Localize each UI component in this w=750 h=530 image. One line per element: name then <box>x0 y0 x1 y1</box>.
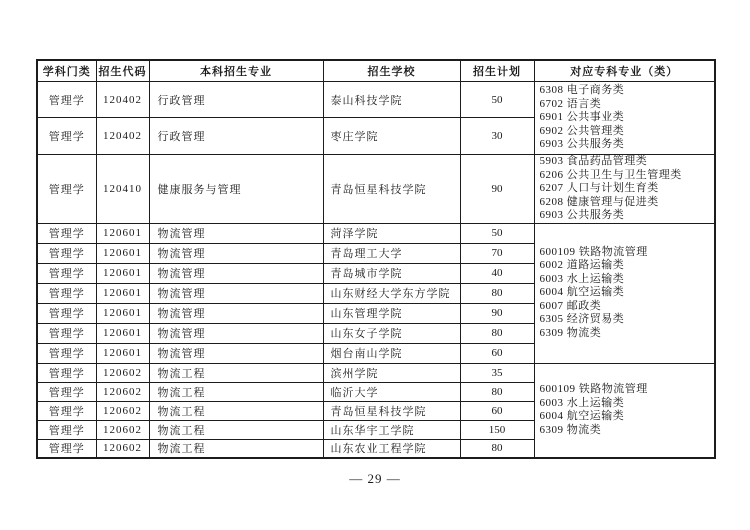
cell-category: 管理学 <box>37 82 96 118</box>
cell-plan: 30 <box>460 118 534 155</box>
cell-plan: 50 <box>460 82 534 118</box>
cell-category: 管理学 <box>37 118 96 155</box>
specialty-line: 6309 物流类 <box>540 327 715 341</box>
specialty-line: 6305 经济贸易类 <box>540 313 715 327</box>
cell-major: 物流工程 <box>149 401 323 420</box>
specialty-line: 6903 公共服务类 <box>540 138 715 152</box>
specialty-line: 6003 水上运输类 <box>540 397 715 411</box>
cell-school: 山东女子学院 <box>323 323 460 343</box>
cell-school: 山东农业工程学院 <box>323 439 460 458</box>
cell-major: 物流管理 <box>149 323 323 343</box>
cell-plan: 90 <box>460 303 534 323</box>
cell-plan: 150 <box>460 420 534 439</box>
cell-plan: 80 <box>460 283 534 303</box>
cell-category: 管理学 <box>37 155 96 224</box>
cell-code: 120602 <box>96 401 149 420</box>
specialty-cell: 5903 食品药品管理类 6206 公共卫生与卫生管理类 6207 人口与计划生… <box>534 155 715 224</box>
header-major: 本科招生专业 <box>149 60 323 82</box>
cell-category: 管理学 <box>37 343 96 363</box>
cell-plan: 70 <box>460 243 534 263</box>
cell-school: 山东管理学院 <box>323 303 460 323</box>
cell-school: 山东财经大学东方学院 <box>323 283 460 303</box>
specialty-line: 6702 语言类 <box>540 98 715 112</box>
cell-school: 青岛恒星科技学院 <box>323 155 460 224</box>
specialty-line: 600109 铁路物流管理 <box>540 246 715 260</box>
header-code: 招生代码 <box>96 60 149 82</box>
specialty-line: 6903 公共服务类 <box>540 209 715 223</box>
cell-code: 120601 <box>96 243 149 263</box>
specialty-line: 6308 电子商务类 <box>540 84 715 98</box>
cell-school: 临沂大学 <box>323 382 460 401</box>
cell-school: 滨州学院 <box>323 363 460 382</box>
specialty-line: 6902 公共管理类 <box>540 125 715 139</box>
specialty-line: 6004 航空运输类 <box>540 286 715 300</box>
specialty-line: 600109 铁路物流管理 <box>540 383 715 397</box>
cell-category: 管理学 <box>37 401 96 420</box>
cell-code: 120602 <box>96 439 149 458</box>
specialty-line: 6004 航空运输类 <box>540 410 715 424</box>
cell-major: 物流管理 <box>149 243 323 263</box>
cell-plan: 80 <box>460 323 534 343</box>
cell-school: 烟台南山学院 <box>323 343 460 363</box>
specialty-line: 6901 公共事业类 <box>540 111 715 125</box>
cell-major: 物流管理 <box>149 223 323 243</box>
table-row: 管理学 120410 健康服务与管理 青岛恒星科技学院 90 5903 食品药品… <box>37 155 715 224</box>
cell-plan: 80 <box>460 382 534 401</box>
specialty-line: 6309 物流类 <box>540 424 715 438</box>
cell-major: 物流管理 <box>149 283 323 303</box>
cell-school: 菏泽学院 <box>323 223 460 243</box>
cell-category: 管理学 <box>37 382 96 401</box>
cell-major: 物流管理 <box>149 263 323 283</box>
cell-plan: 35 <box>460 363 534 382</box>
table-row: 管理学 120601 物流管理 菏泽学院 50 600109 铁路物流管理 60… <box>37 223 715 243</box>
header-plan: 招生计划 <box>460 60 534 82</box>
cell-category: 管理学 <box>37 223 96 243</box>
cell-category: 管理学 <box>37 303 96 323</box>
cell-category: 管理学 <box>37 243 96 263</box>
cell-school: 枣庄学院 <box>323 118 460 155</box>
cell-major: 行政管理 <box>149 82 323 118</box>
cell-major: 健康服务与管理 <box>149 155 323 224</box>
cell-category: 管理学 <box>37 439 96 458</box>
cell-major: 物流管理 <box>149 303 323 323</box>
cell-plan: 90 <box>460 155 534 224</box>
cell-major: 物流工程 <box>149 363 323 382</box>
cell-school: 山东华宇工学院 <box>323 420 460 439</box>
specialty-line: 5903 食品药品管理类 <box>540 155 715 169</box>
cell-code: 120402 <box>96 118 149 155</box>
cell-school: 青岛恒星科技学院 <box>323 401 460 420</box>
cell-code: 120410 <box>96 155 149 224</box>
cell-code: 120601 <box>96 303 149 323</box>
specialty-cell: 600109 铁路物流管理 6002 道路运输类 6003 水上运输类 6004… <box>534 223 715 363</box>
table-row: 管理学 120402 行政管理 泰山科技学院 50 6308 电子商务类 670… <box>37 82 715 118</box>
specialty-line: 6007 邮政类 <box>540 300 715 314</box>
cell-school: 泰山科技学院 <box>323 82 460 118</box>
admissions-table: 学科门类 招生代码 本科招生专业 招生学校 招生计划 对应专科专业（类） 管理学… <box>36 59 716 459</box>
cell-school: 青岛城市学院 <box>323 263 460 283</box>
specialty-cell: 600109 铁路物流管理 6003 水上运输类 6004 航空运输类 6309… <box>534 363 715 458</box>
page-number: — 29 — <box>36 471 714 487</box>
cell-plan: 60 <box>460 401 534 420</box>
cell-code: 120601 <box>96 283 149 303</box>
specialty-line: 6003 水上运输类 <box>540 273 715 287</box>
document-page: { "table": { "headers": ["学科门类", "招生代码",… <box>0 0 750 530</box>
cell-code: 120601 <box>96 323 149 343</box>
cell-code: 120601 <box>96 343 149 363</box>
cell-category: 管理学 <box>37 283 96 303</box>
specialty-cell: 6308 电子商务类 6702 语言类 6901 公共事业类 6902 公共管理… <box>534 82 715 155</box>
cell-plan: 50 <box>460 223 534 243</box>
specialty-line: 6206 公共卫生与卫生管理类 <box>540 169 715 183</box>
specialty-line: 6208 健康管理与促进类 <box>540 196 715 210</box>
cell-plan: 60 <box>460 343 534 363</box>
cell-plan: 40 <box>460 263 534 283</box>
table-header-row: 学科门类 招生代码 本科招生专业 招生学校 招生计划 对应专科专业（类） <box>37 60 715 82</box>
table-row: 管理学 120602 物流工程 滨州学院 35 600109 铁路物流管理 60… <box>37 363 715 382</box>
cell-school: 青岛理工大学 <box>323 243 460 263</box>
cell-category: 管理学 <box>37 363 96 382</box>
cell-category: 管理学 <box>37 420 96 439</box>
specialty-line: 6207 人口与计划生育类 <box>540 182 715 196</box>
cell-major: 物流工程 <box>149 382 323 401</box>
cell-major: 物流工程 <box>149 439 323 458</box>
cell-code: 120601 <box>96 223 149 243</box>
cell-code: 120602 <box>96 363 149 382</box>
cell-code: 120602 <box>96 420 149 439</box>
cell-major: 物流工程 <box>149 420 323 439</box>
cell-major: 物流管理 <box>149 343 323 363</box>
cell-code: 120602 <box>96 382 149 401</box>
cell-category: 管理学 <box>37 323 96 343</box>
header-school: 招生学校 <box>323 60 460 82</box>
specialty-line: 6002 道路运输类 <box>540 259 715 273</box>
cell-category: 管理学 <box>37 263 96 283</box>
header-category: 学科门类 <box>37 60 96 82</box>
header-specialty: 对应专科专业（类） <box>534 60 715 82</box>
cell-plan: 80 <box>460 439 534 458</box>
cell-code: 120601 <box>96 263 149 283</box>
cell-code: 120402 <box>96 82 149 118</box>
cell-major: 行政管理 <box>149 118 323 155</box>
